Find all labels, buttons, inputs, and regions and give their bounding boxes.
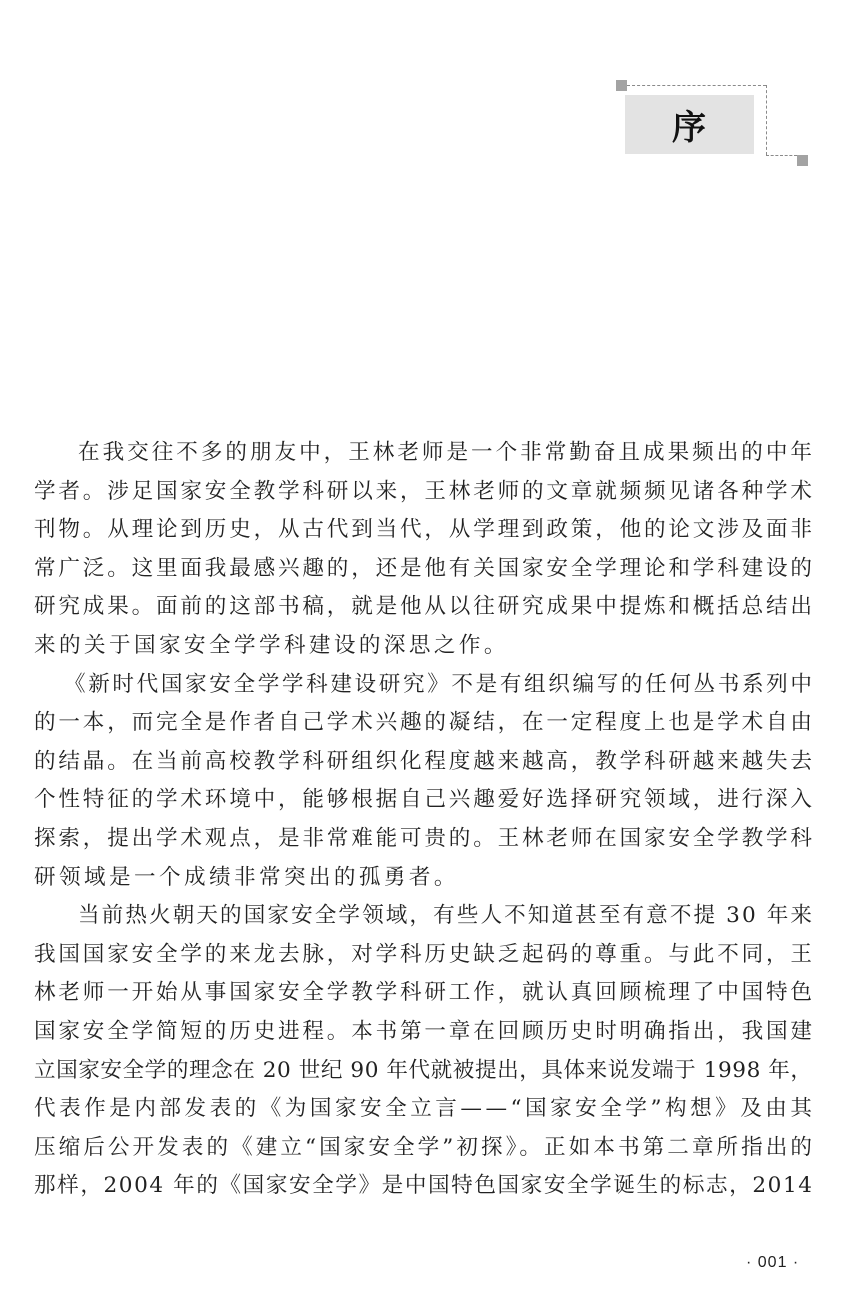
dashed-border-bottom [766, 155, 797, 156]
text-line: 刊物。从理论到历史，从古代到当代，从学理到政策，他的论文涉及面非 [34, 511, 812, 550]
paragraph-2: 《新时代国家安全学学科建设研究》不是有组织编写的任何丛书系列中 的一本，而完全是… [34, 666, 812, 898]
corner-square-decoration [616, 80, 627, 91]
text-line: 当前热火朝天的国家安全学领域，有些人不知道甚至有意不提 30 年来 [34, 897, 812, 936]
chapter-heading-frame: 序 [616, 80, 808, 166]
text-line: 学者。涉足国家安全教学科研以来，王林老师的文章就频频见诸各种学术 [34, 473, 812, 512]
dashed-border-top [627, 85, 766, 86]
text-line: 林老师一开始从事国家安全学教学科研工作，就认真回顾梳理了中国特色 [34, 974, 812, 1013]
text-line: 立国家安全学的理念在 20 世纪 90 年代就被提出，具体来说发端于 1998 … [34, 1052, 812, 1091]
text-line: 研领域是一个成绩非常突出的孤勇者。 [34, 859, 812, 898]
text-line: 探索，提出学术观点，是非常难能可贵的。王林老师在国家安全学教学科 [34, 820, 812, 859]
text-line: 压缩后公开发表的《建立“国家安全学”初探》。正如本书第二章所指出的 [34, 1129, 812, 1168]
text-line: 那样，2004 年的《国家安全学》是中国特色国家安全学诞生的标志，2014 [34, 1167, 812, 1206]
text-line: 的一本，而完全是作者自己学术兴趣的凝结，在一定程度上也是学术自由 [34, 704, 812, 743]
paragraph-3: 当前热火朝天的国家安全学领域，有些人不知道甚至有意不提 30 年来 我国国家安全… [34, 897, 812, 1206]
text-line: 来的关于国家安全学学科建设的深思之作。 [34, 627, 812, 666]
text-line: 《新时代国家安全学学科建设研究》不是有组织编写的任何丛书系列中 [34, 666, 812, 705]
page-number: · 001 · [746, 1254, 799, 1272]
paragraph-1: 在我交往不多的朋友中，王林老师是一个非常勤奋且成果频出的中年 学者。涉足国家安全… [34, 434, 812, 666]
body-text: 在我交往不多的朋友中，王林老师是一个非常勤奋且成果频出的中年 学者。涉足国家安全… [34, 434, 812, 1206]
chapter-title: 序 [672, 100, 707, 149]
text-line: 个性特征的学术环境中，能够根据自己兴趣爱好选择研究领域，进行深入 [34, 781, 812, 820]
text-line: 常广泛。这里面我最感兴趣的，还是他有关国家安全学理论和学科建设的 [34, 550, 812, 589]
dashed-border-right [766, 85, 767, 155]
text-line: 代表作是内部发表的《为国家安全立言——“国家安全学”构想》及由其 [34, 1090, 812, 1129]
text-line: 研究成果。面前的这部书稿，就是他从以往研究成果中提炼和概括总结出 [34, 588, 812, 627]
text-line: 的结晶。在当前高校教学科研组织化程度越来越高，教学科研越来越失去 [34, 743, 812, 782]
text-line: 国家安全学简短的历史进程。本书第一章在回顾历史时明确指出，我国建 [34, 1013, 812, 1052]
chapter-title-box: 序 [625, 95, 754, 154]
text-line: 我国国家安全学的来龙去脉，对学科历史缺乏起码的尊重。与此不同，王 [34, 936, 812, 975]
text-line: 在我交往不多的朋友中，王林老师是一个非常勤奋且成果频出的中年 [34, 434, 812, 473]
corner-square-decoration [797, 155, 808, 166]
